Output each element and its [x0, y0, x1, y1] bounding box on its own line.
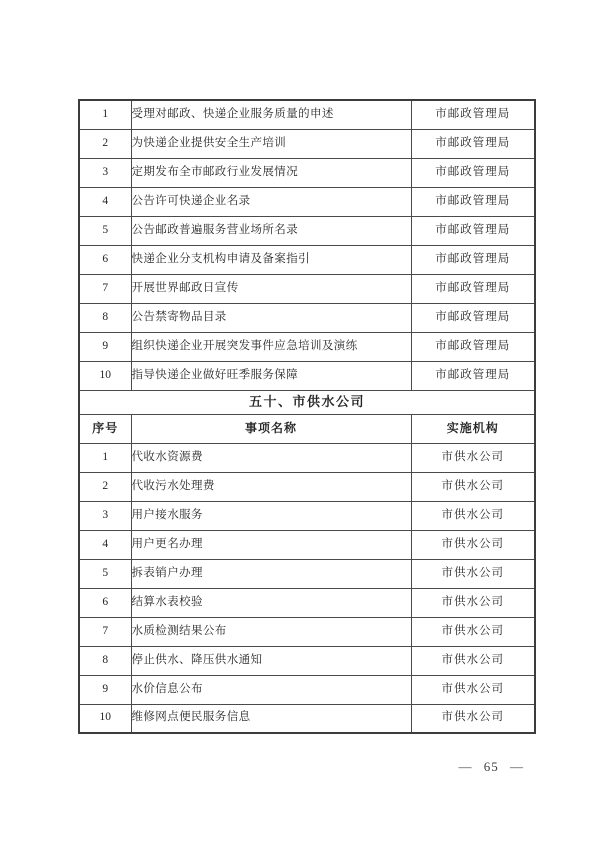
row-number: 4	[79, 187, 131, 216]
row-number: 9	[79, 675, 131, 704]
agency-name: 市供水公司	[411, 675, 535, 704]
row-number: 2	[79, 129, 131, 158]
table-row: 5 拆表销户办理 市供水公司	[79, 559, 535, 588]
row-number: 8	[79, 646, 131, 675]
table-row: 9 组织快递企业开展突发事件应急培训及演练 市邮政管理局	[79, 332, 535, 361]
agency-name: 市供水公司	[411, 617, 535, 646]
column-header-no: 序号	[79, 414, 131, 443]
row-number: 1	[79, 100, 131, 129]
table-row: 10 维修网点便民服务信息 市供水公司	[79, 704, 535, 733]
item-name: 代收污水处理费	[131, 472, 411, 501]
table-row: 9 水价信息公布 市供水公司	[79, 675, 535, 704]
agency-name: 市供水公司	[411, 704, 535, 733]
table-row: 5 公告邮政普遍服务营业场所名录 市邮政管理局	[79, 216, 535, 245]
item-name: 快递企业分支机构申请及备案指引	[131, 245, 411, 274]
document-page: 1 受理对邮政、快递企业服务质量的申述 市邮政管理局 2 为快递企业提供安全生产…	[78, 99, 534, 775]
column-header-row: 序号 事项名称 实施机构	[79, 414, 535, 443]
item-name: 公告许可快递企业名录	[131, 187, 411, 216]
column-header-name: 事项名称	[131, 414, 411, 443]
item-name: 维修网点便民服务信息	[131, 704, 411, 733]
service-items-table: 1 受理对邮政、快递企业服务质量的申述 市邮政管理局 2 为快递企业提供安全生产…	[78, 99, 536, 734]
item-name: 为快递企业提供安全生产培训	[131, 129, 411, 158]
agency-name: 市邮政管理局	[411, 274, 535, 303]
table-row: 8 公告禁寄物品目录 市邮政管理局	[79, 303, 535, 332]
item-name: 停止供水、降压供水通知	[131, 646, 411, 675]
table-row: 4 公告许可快递企业名录 市邮政管理局	[79, 187, 535, 216]
row-number: 4	[79, 530, 131, 559]
table-row: 1 代收水资源费 市供水公司	[79, 443, 535, 472]
item-name: 用户接水服务	[131, 501, 411, 530]
item-name: 水质检测结果公布	[131, 617, 411, 646]
column-header-agency: 实施机构	[411, 414, 535, 443]
row-number: 10	[79, 704, 131, 733]
item-name: 受理对邮政、快递企业服务质量的申述	[131, 100, 411, 129]
agency-name: 市邮政管理局	[411, 245, 535, 274]
agency-name: 市邮政管理局	[411, 216, 535, 245]
row-number: 9	[79, 332, 131, 361]
agency-name: 市供水公司	[411, 646, 535, 675]
item-name: 结算水表校验	[131, 588, 411, 617]
row-number: 3	[79, 501, 131, 530]
row-number: 6	[79, 588, 131, 617]
section-header-row: 五十、市供水公司	[79, 390, 535, 414]
agency-name: 市邮政管理局	[411, 100, 535, 129]
table-row: 8 停止供水、降压供水通知 市供水公司	[79, 646, 535, 675]
row-number: 7	[79, 274, 131, 303]
table-row: 2 为快递企业提供安全生产培训 市邮政管理局	[79, 129, 535, 158]
table-row: 10 指导快递企业做好旺季服务保障 市邮政管理局	[79, 361, 535, 390]
item-name: 用户更名办理	[131, 530, 411, 559]
agency-name: 市邮政管理局	[411, 361, 535, 390]
item-name: 指导快递企业做好旺季服务保障	[131, 361, 411, 390]
table-row: 6 快递企业分支机构申请及备案指引 市邮政管理局	[79, 245, 535, 274]
section-title: 五十、市供水公司	[79, 390, 535, 414]
agency-name: 市供水公司	[411, 501, 535, 530]
agency-name: 市供水公司	[411, 530, 535, 559]
row-number: 7	[79, 617, 131, 646]
row-number: 3	[79, 158, 131, 187]
agency-name: 市邮政管理局	[411, 332, 535, 361]
agency-name: 市供水公司	[411, 472, 535, 501]
table-row: 1 受理对邮政、快递企业服务质量的申述 市邮政管理局	[79, 100, 535, 129]
item-name: 公告禁寄物品目录	[131, 303, 411, 332]
row-number: 6	[79, 245, 131, 274]
agency-name: 市邮政管理局	[411, 129, 535, 158]
agency-name: 市邮政管理局	[411, 158, 535, 187]
table-row: 4 用户更名办理 市供水公司	[79, 530, 535, 559]
table-row: 3 用户接水服务 市供水公司	[79, 501, 535, 530]
agency-name: 市供水公司	[411, 588, 535, 617]
item-name: 代收水资源费	[131, 443, 411, 472]
item-name: 公告邮政普遍服务营业场所名录	[131, 216, 411, 245]
agency-name: 市供水公司	[411, 443, 535, 472]
table-row: 7 开展世界邮政日宣传 市邮政管理局	[79, 274, 535, 303]
item-name: 水价信息公布	[131, 675, 411, 704]
table-row: 6 结算水表校验 市供水公司	[79, 588, 535, 617]
row-number: 8	[79, 303, 131, 332]
row-number: 10	[79, 361, 131, 390]
page-number: — 65 —	[78, 759, 534, 775]
row-number: 5	[79, 216, 131, 245]
item-name: 组织快递企业开展突发事件应急培训及演练	[131, 332, 411, 361]
row-number: 1	[79, 443, 131, 472]
table-row: 2 代收污水处理费 市供水公司	[79, 472, 535, 501]
item-name: 拆表销户办理	[131, 559, 411, 588]
item-name: 定期发布全市邮政行业发展情况	[131, 158, 411, 187]
agency-name: 市供水公司	[411, 559, 535, 588]
agency-name: 市邮政管理局	[411, 187, 535, 216]
row-number: 2	[79, 472, 131, 501]
table-row: 3 定期发布全市邮政行业发展情况 市邮政管理局	[79, 158, 535, 187]
row-number: 5	[79, 559, 131, 588]
item-name: 开展世界邮政日宣传	[131, 274, 411, 303]
table-row: 7 水质检测结果公布 市供水公司	[79, 617, 535, 646]
agency-name: 市邮政管理局	[411, 303, 535, 332]
